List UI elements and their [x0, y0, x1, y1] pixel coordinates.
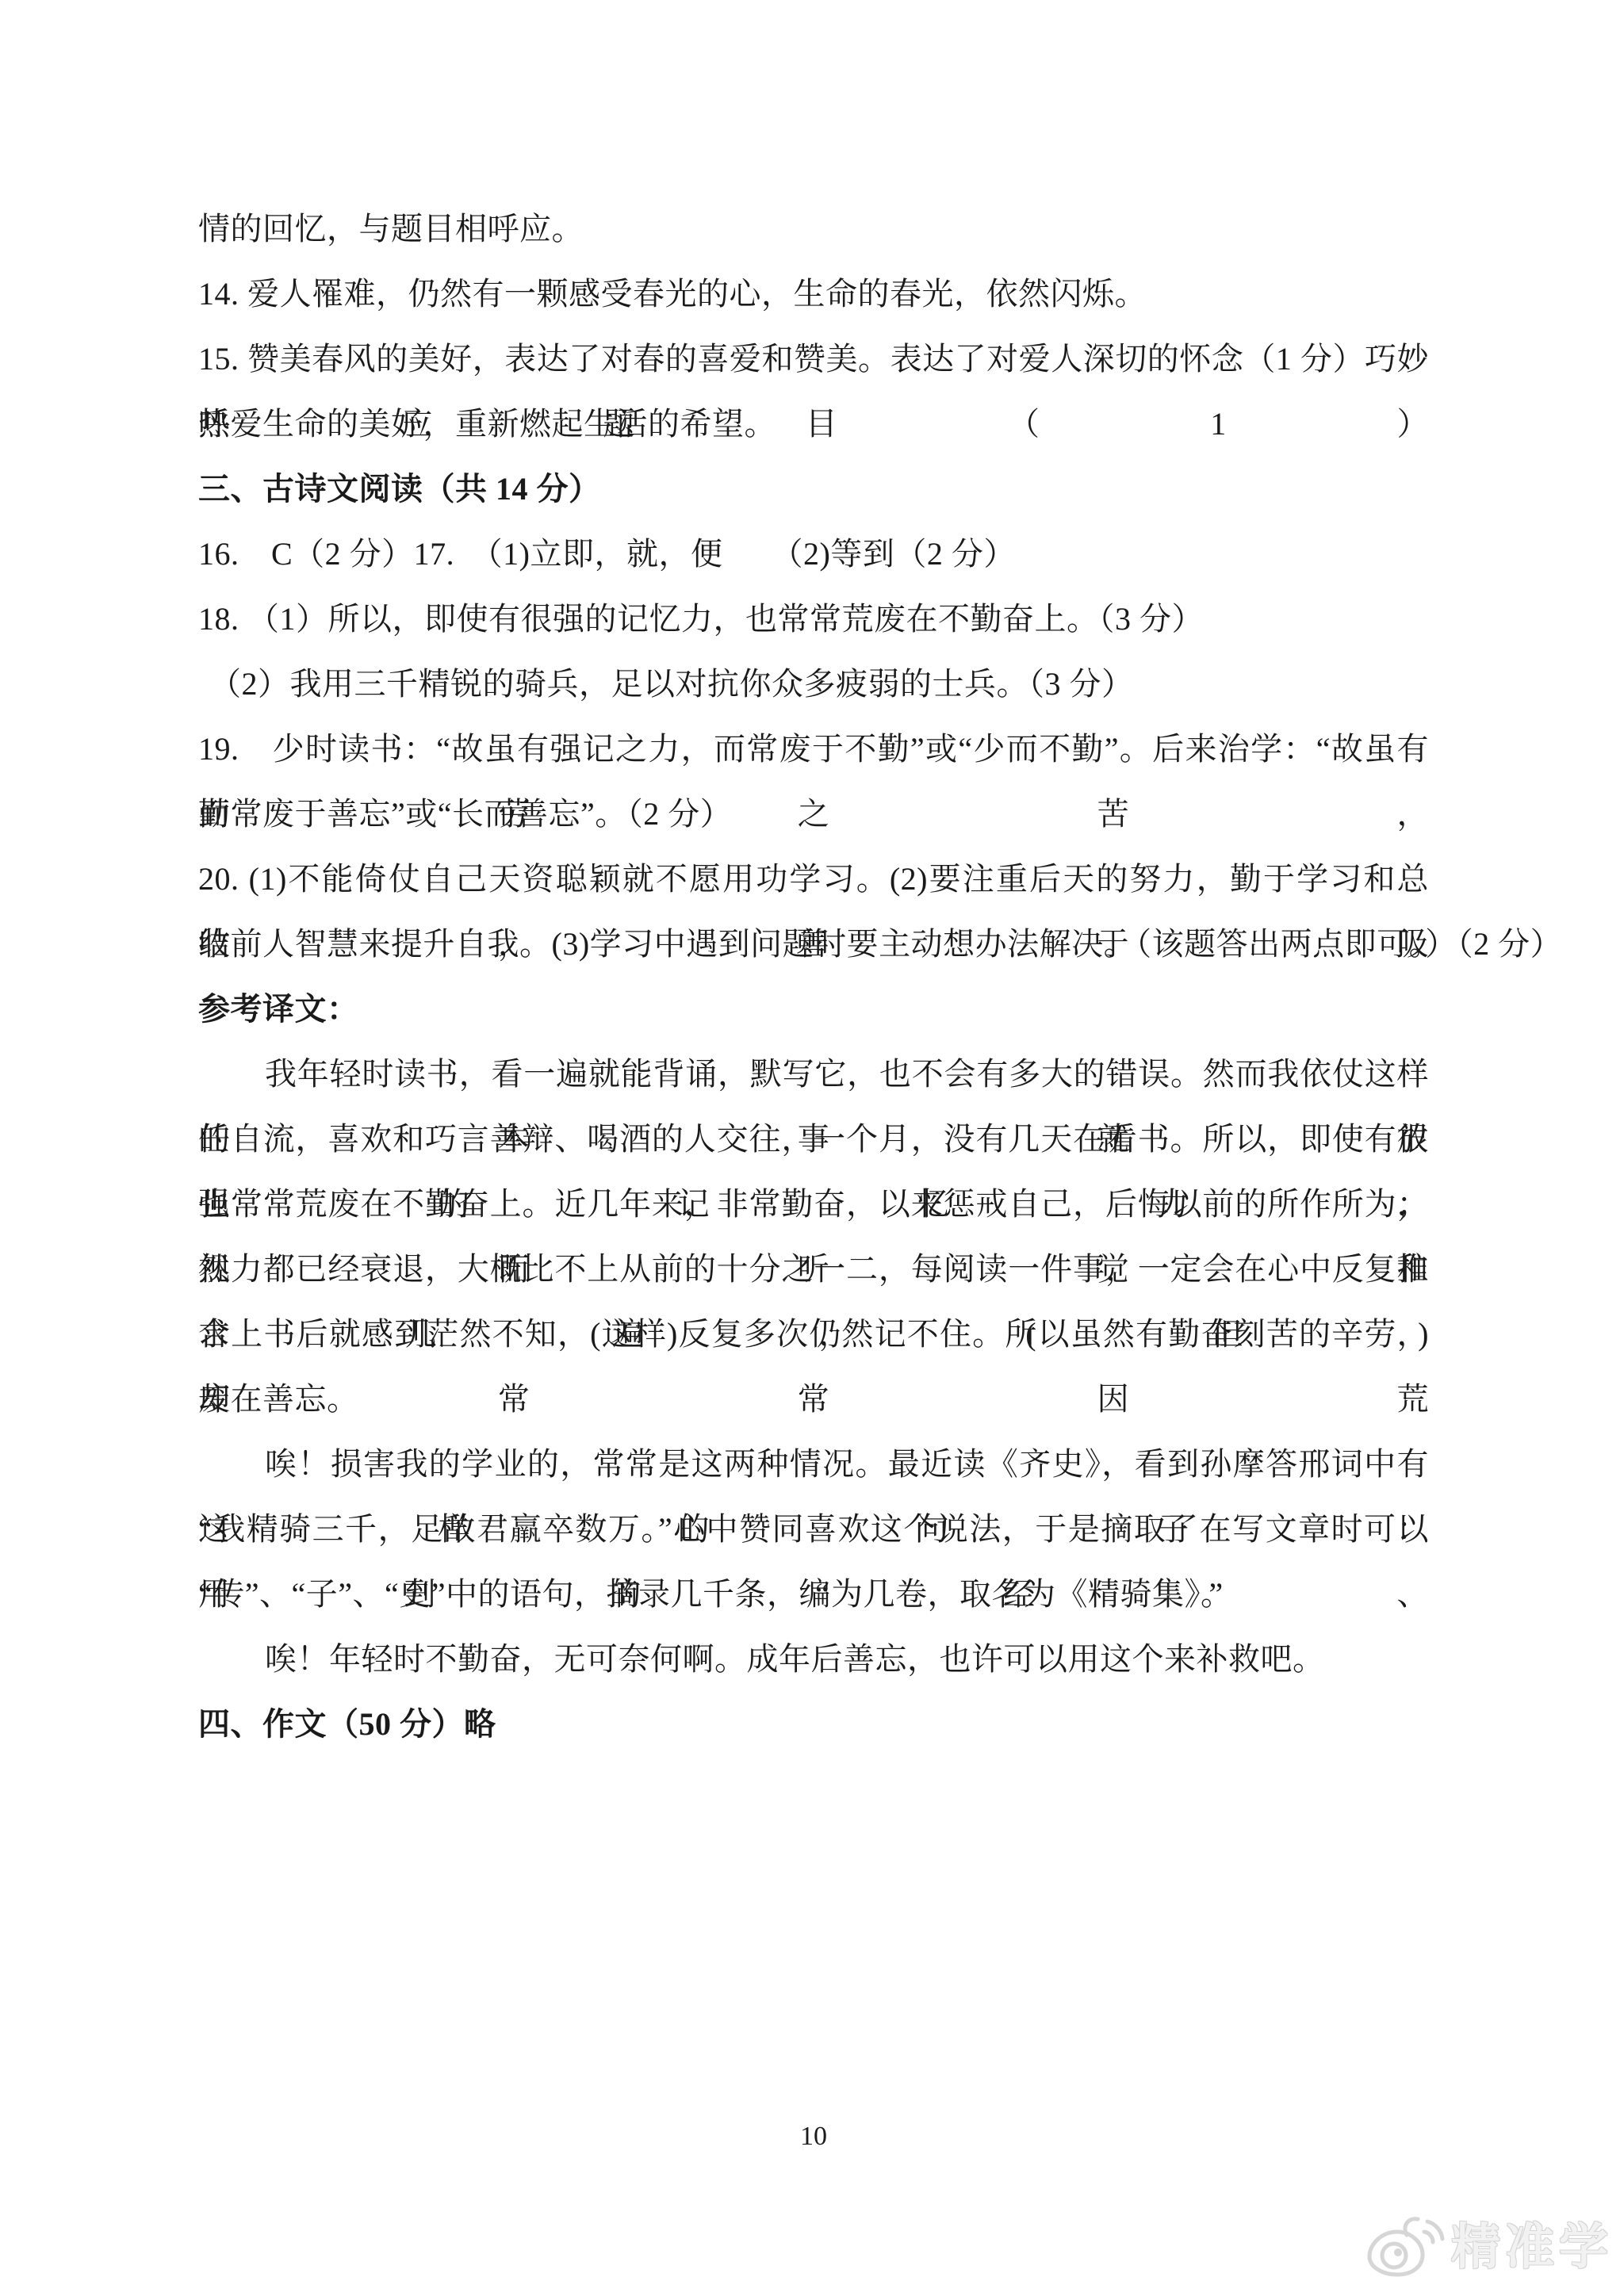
translation-paragraph-2-line: “我精骑三千，足敌君羸卒数万。”心中赞同喜欢这个说法，于是摘取了在写文章时可以用…: [198, 1497, 1429, 1562]
translation-paragraph-1-line: 也常常荒废在不勤奋上。近几年来，非常勤奋，以来惩戒自己，后悔以前的所作所为；然而…: [198, 1172, 1429, 1237]
answer-14: 14. 爱人罹难，仍然有一颗感受春光的心，生命的春光，依然闪烁。: [198, 262, 1429, 327]
answer-19: 19. 少时读书：“故虽有强记之力，而常废于不勤”或“少而不勤”。后来治学：“故…: [198, 717, 1429, 782]
answer-20-continued: 收前人智慧来提升自我。(3)学习中遇到问题时要主动想办法解决。（该题答出两点即可…: [198, 912, 1429, 977]
answer-key-body: 情的回忆，与题目相呼应。 14. 爱人罹难，仍然有一颗感受春光的心，生命的春光，…: [198, 197, 1429, 1757]
document-page: 情的回忆，与题目相呼应。 14. 爱人罹难，仍然有一颗感受春光的心，生命的春光，…: [0, 0, 1624, 2296]
answer-15: 15. 赞美春风的美好，表达了对春的喜爱和赞美。表达了对爱人深切的怀念（1 分）…: [198, 327, 1429, 392]
answer-18-1: 18. （1）所以，即使有很强的记忆力，也常常荒废在不勤奋上。（3 分）: [198, 587, 1429, 652]
watermark: 精准学: [1362, 2211, 1613, 2283]
translation-paragraph-1-line: 视力都已经衰退，大概比不上从前的十分之一二，每阅读一件事，一定会在心中反复推求几…: [198, 1237, 1429, 1302]
section-heading-4: 四、作文（50 分）略: [198, 1692, 1429, 1757]
answer-18-2: （2）我用三千精锐的骑兵，足以对抗你众多疲弱的士兵。（3 分）: [198, 652, 1429, 717]
answer-20: 20. (1)不能倚仗自己天资聪颖就不愿用功学习。(2)要注重后天的努力，勤于学…: [198, 847, 1429, 912]
page-number: 10: [198, 2122, 1429, 2152]
section-heading-3: 三、古诗文阅读（共 14 分）: [198, 457, 1429, 522]
text-line: 情的回忆，与题目相呼应。: [198, 197, 1429, 262]
translation-paragraph-1-line: 我年轻时读书，看一遍就能背诵，默写它，也不会有多大的错误。然而我依仗这样的本事就…: [198, 1042, 1429, 1107]
translation-paragraph-3-line: 唉！年轻时不勤奋，无可奈何啊。成年后善忘，也许可以用这个来补救吧。: [198, 1627, 1429, 1692]
watermark-brand: 精准学: [1451, 2223, 1613, 2272]
weibo-icon: [1362, 2211, 1445, 2283]
translation-paragraph-1-line: 合上书后就感到茫然不知，(这样)反复多次仍然记不住。所以虽然有勤奋刻苦的辛劳，却…: [198, 1302, 1429, 1367]
answer-16-17: 16. C（2 分）17. （1)立即，就，便 （2)等到（2 分）: [198, 522, 1429, 587]
reference-translation-heading: 参考译文：: [198, 977, 1429, 1042]
translation-paragraph-1-line: 任自流，喜欢和巧言善辩、喝酒的人交往，一个月，没有几天在看书。所以，即使有很强的…: [198, 1107, 1429, 1172]
translation-paragraph-2-line: 唉！损害我的学业的，常常是这两种情况。最近读《齐史》，看到孙摩答邢词中有这样的句…: [198, 1432, 1429, 1497]
